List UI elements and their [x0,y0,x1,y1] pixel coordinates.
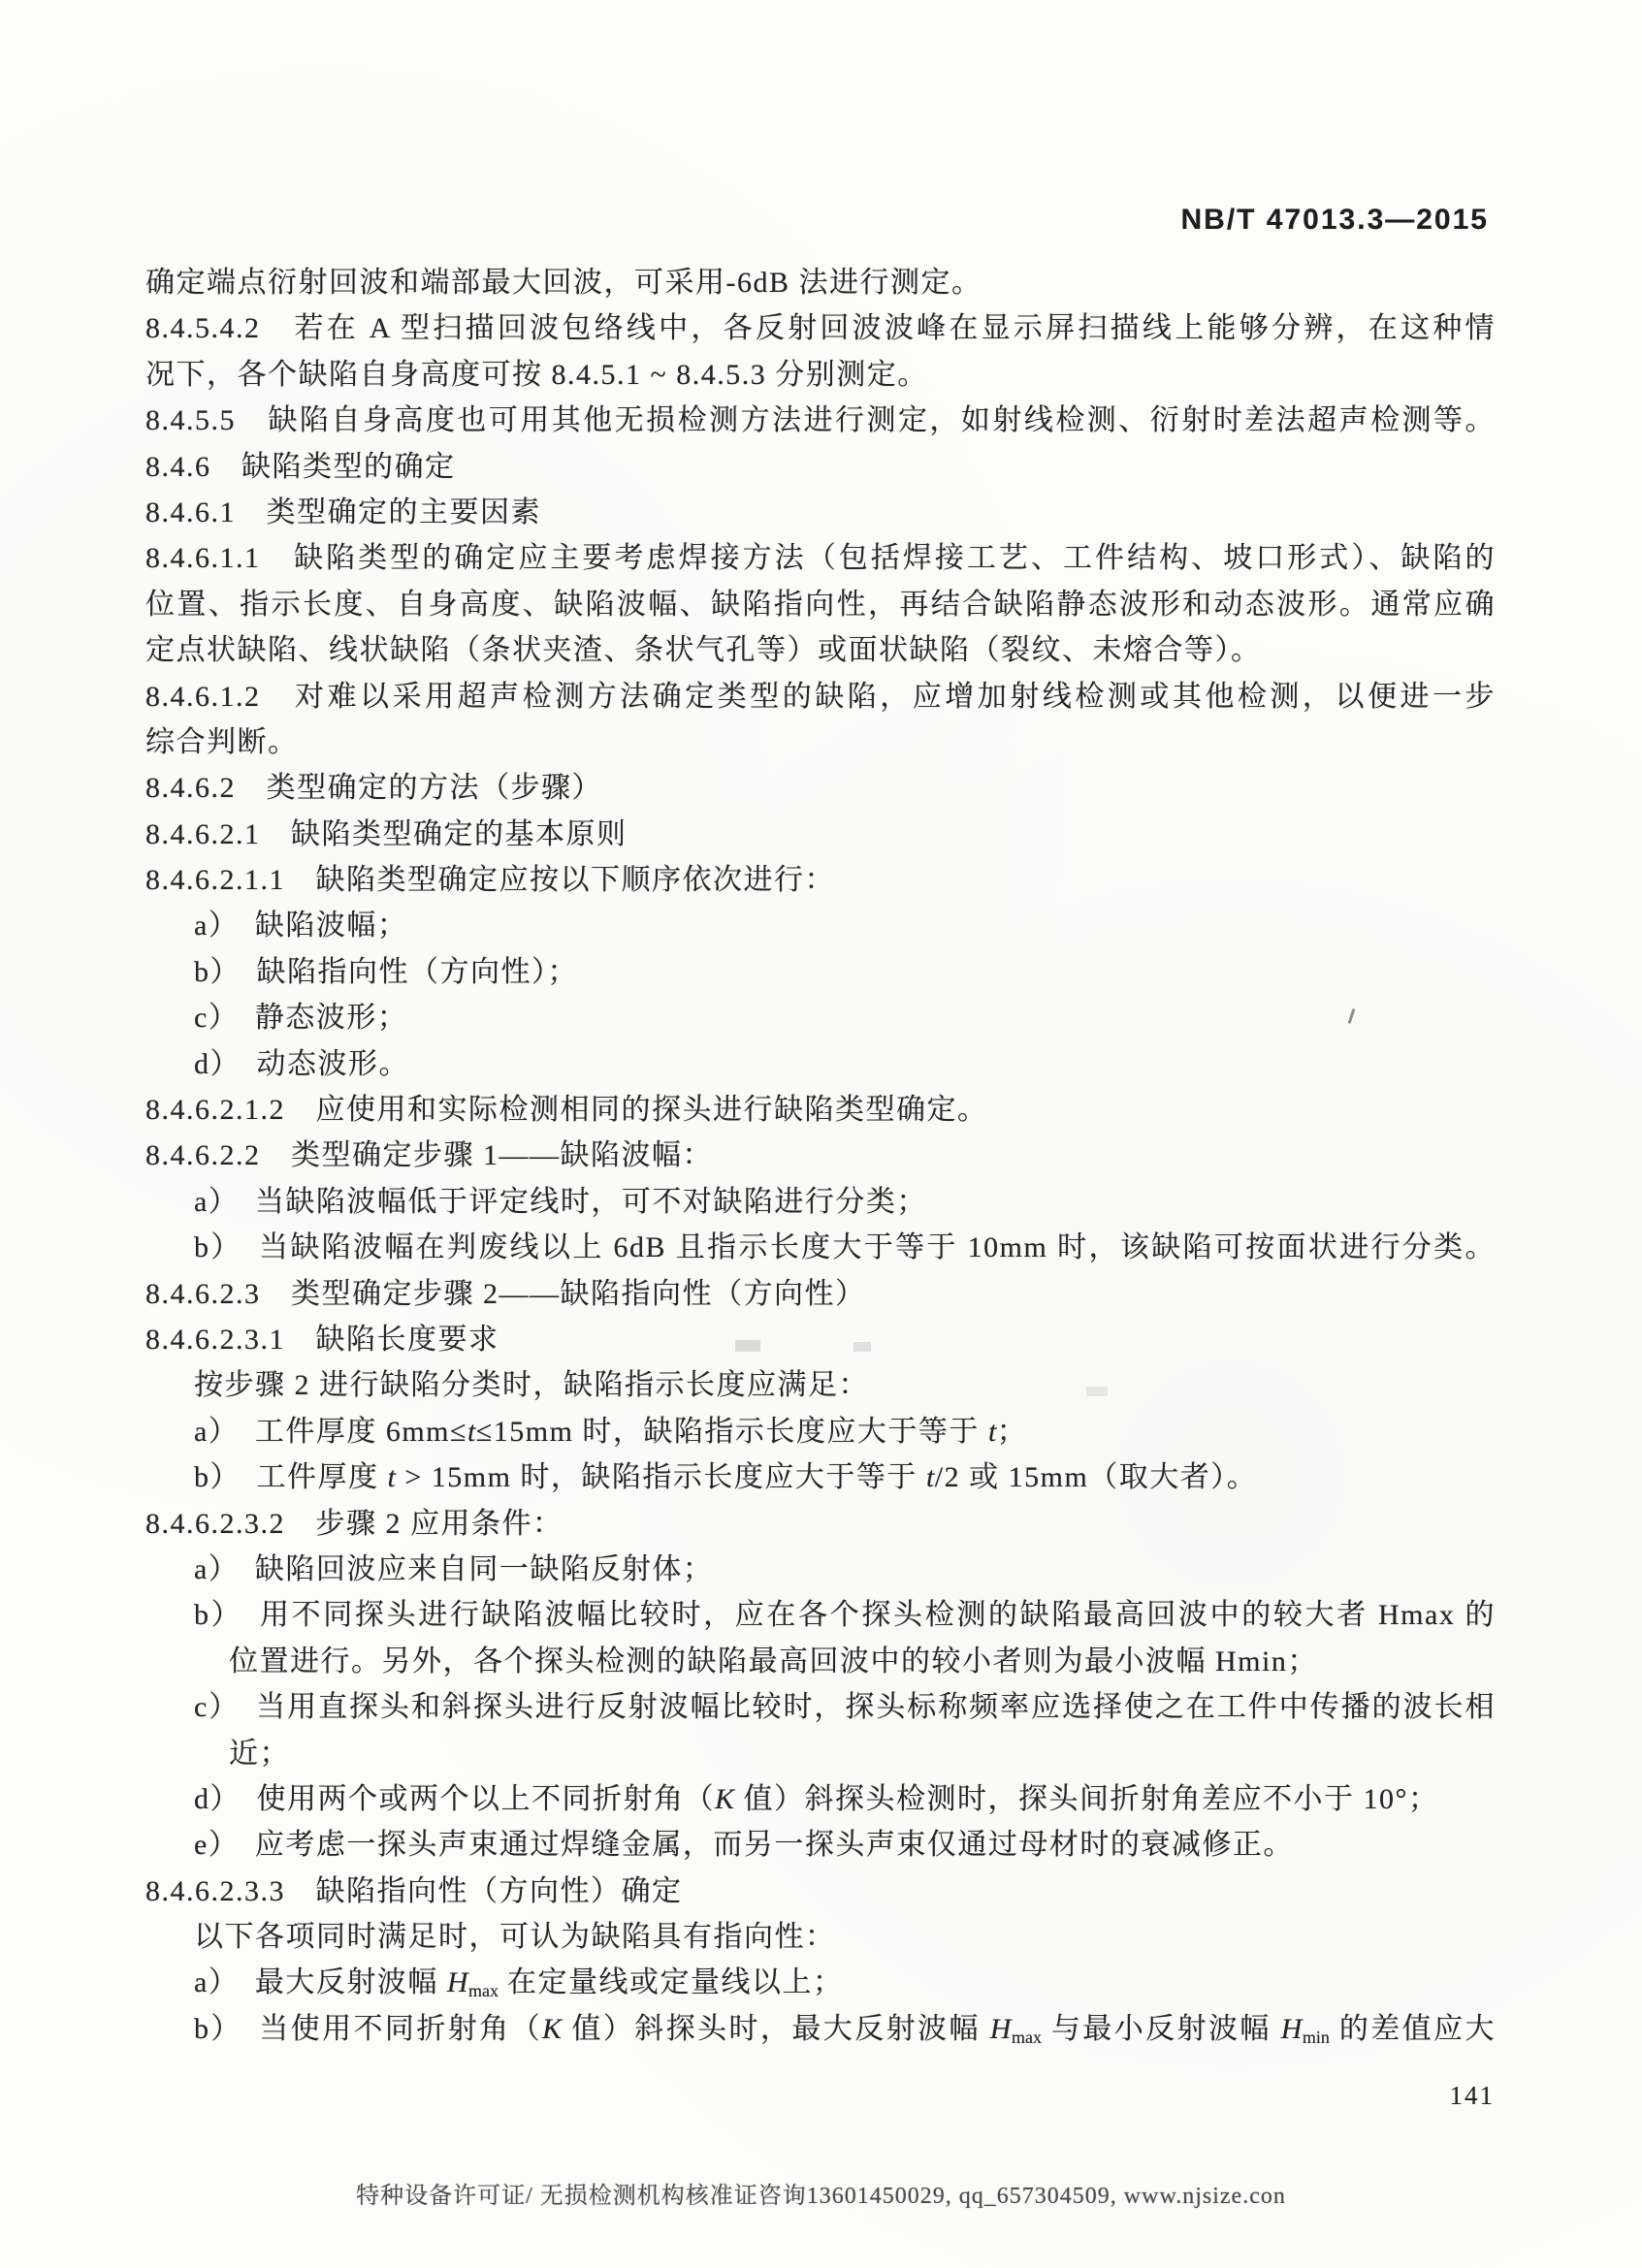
text-line: a） 缺陷回波应来自同一缺陷反射体； [145,1547,1496,1592]
document-body: 确定端点衍射回波和端部最大回波，可采用-6dB 法进行测定。8.4.5.4.2 … [145,260,1496,2052]
italic-symbol: H [447,1966,468,1998]
text-run: c） 静态波形； [194,1002,407,1034]
text-run: 在定量线或定量线以上； [499,1966,844,1998]
text-line: 位置、指示长度、自身高度、缺陷波幅、缺陷指向性，再结合缺陷静态波形和动态波形。通… [145,582,1496,627]
text-line: 按步骤 2 进行缺陷分类时，缺陷指示长度应满足： [145,1362,1496,1408]
text-run: b） 缺陷指向性（方向性）； [194,956,578,988]
text-run: 8.4.6.2.2 类型确定步骤 1——缺陷波幅： [145,1139,713,1171]
scanned-document-page: NB/T 47013.3—2015 确定端点衍射回波和端部最大回波，可采用-6d… [0,0,1642,2268]
text-line: 以下各项同时满足时，可认为缺陷具有指向性： [145,1914,1496,1960]
text-line: a） 工件厚度 6mm≤t≤15mm 时，缺陷指示长度应大于等于 t； [145,1409,1496,1454]
text-line: 8.4.6.2.3.1 缺陷长度要求 [145,1317,1496,1362]
watermark-footer-text: 特种设备许可证/ 无损检测机构核准证咨询13601450029, qq_6573… [0,2176,1642,2210]
text-line: b） 用不同探头进行缺陷波幅比较时，应在各个探头检测的缺陷最高回波中的较大者 H… [145,1592,1496,1638]
text-line: 8.4.6.2.1 缺陷类型确定的基本原则 [145,812,1496,857]
text-run: 8.4.6.2.1 缺陷类型确定的基本原则 [145,818,628,850]
text-line: b） 缺陷指向性（方向性）； [145,949,1496,995]
text-line: 确定端点衍射回波和端部最大回波，可采用-6dB 法进行测定。 [145,260,1496,305]
text-run: a） 当缺陷波幅低于评定线时，可不对缺陷进行分类； [194,1186,927,1218]
text-run: 8.4.6.2 类型确定的方法（步骤） [145,772,602,804]
text-line: 8.4.6.1 类型确定的主要因素 [145,490,1496,535]
text-line: 8.4.6 缺陷类型的确定 [145,444,1496,490]
italic-symbol: K [715,1783,735,1815]
text-line: b） 当缺陷波幅在判废线以上 6dB 且指示长度大于等于 10mm 时，该缺陷可… [145,1225,1496,1270]
text-run: 8.4.6 缺陷类型的确定 [145,451,456,483]
text-run: 确定端点衍射回波和端部最大回波，可采用-6dB 法进行测定。 [145,267,982,299]
subscript-text: min [1303,2028,1330,2047]
text-line: d） 使用两个或两个以上不同折射角（K 值）斜探头检测时，探头间折射角差应不小于… [145,1776,1496,1822]
text-run: 8.4.5.4.2 若在 A 型扫描回波包络线中，各反射回波波峰在显示屏扫描线上… [145,312,1496,344]
text-line: 位置进行。另外，各个探头检测的缺陷最高回波中的较小者则为最小波幅 Hmin； [145,1639,1496,1684]
text-run: 8.4.6.2.3.1 缺陷长度要求 [145,1324,499,1356]
text-line: b） 当使用不同折射角（K 值）斜探头时，最大反射波幅 Hmax 与最小反射波幅… [145,2006,1496,2052]
text-run: b） 当使用不同折射角（ [194,2013,542,2045]
text-run: 8.4.6.1 类型确定的主要因素 [145,496,541,528]
text-line: 8.4.6.2 类型确定的方法（步骤） [145,765,1496,811]
text-run: 8.4.6.2.3.3 缺陷指向性（方向性）确定 [145,1875,683,1907]
text-line: 近； [145,1731,1496,1776]
text-line: a） 最大反射波幅 Hmax 在定量线或定量线以上； [145,1960,1496,2005]
text-line: 8.4.6.2.3.3 缺陷指向性（方向性）确定 [145,1869,1496,1914]
text-run: b） 工件厚度 [194,1461,388,1493]
text-run: ≤15mm 时，缺陷指示长度应大于等于 [476,1416,988,1448]
text-run: d） 使用两个或两个以上不同折射角（ [194,1783,715,1815]
italic-symbol: t [988,1416,997,1448]
italic-symbol: H [990,2013,1012,2045]
text-run: 综合判断。 [145,726,299,758]
text-line: c） 静态波形； [145,995,1496,1040]
text-run: > 15mm 时，缺陷指示长度应大于等于 [396,1461,926,1493]
text-run: 8.4.5.5 缺陷自身高度也可用其他无损检测方法进行测定，如射线检测、衍射时差… [145,404,1496,436]
text-run: c） 当用直探头和斜探头进行反射波幅比较时，探头标称频率应选择使之在工件中传播的… [194,1691,1496,1723]
text-line: 8.4.6.1.1 缺陷类型的确定应主要考虑焊接方法（包括焊接工艺、工件结构、坡… [145,535,1496,581]
text-line: 8.4.5.4.2 若在 A 型扫描回波包络线中，各反射回波波峰在显示屏扫描线上… [145,305,1496,351]
text-run: 位置进行。另外，各个探头检测的缺陷最高回波中的较小者则为最小波幅 Hmin； [229,1645,1318,1677]
text-line: d） 动态波形。 [145,1041,1496,1087]
text-line: 8.4.6.2.1.1 缺陷类型确定应按以下顺序依次进行： [145,857,1496,903]
text-run: /2 或 15mm（取大者）。 [935,1461,1258,1493]
text-run: b） 用不同探头进行缺陷波幅比较时，应在各个探头检测的缺陷最高回波中的较大者 H… [194,1599,1496,1631]
text-run: 8.4.6.2.1.2 应使用和实际检测相同的探头进行缺陷类型确定。 [145,1094,988,1126]
page-number: 141 [1450,2081,1496,2111]
text-run: 按步骤 2 进行缺陷分类时，缺陷指示长度应满足： [194,1369,869,1401]
text-run: b） 当缺陷波幅在判废线以上 6dB 且指示长度大于等于 10mm 时，该缺陷可… [194,1231,1496,1263]
text-run: 定点状缺陷、线状缺陷（条状夹渣、条状气孔等）或面状缺陷（裂纹、未熔合等）。 [145,634,1262,666]
text-run: a） 缺陷回波应来自同一缺陷反射体； [194,1553,713,1585]
text-line: 况下，各个缺陷自身高度可按 8.4.5.1 ~ 8.4.5.3 分别测定。 [145,352,1496,398]
italic-symbol: t [926,1461,935,1493]
text-run: 值）斜探头检测时，探头间折射角差应不小于 10°； [735,1783,1439,1815]
text-run: ； [997,1416,1028,1448]
text-run: 与最小反射波幅 [1042,2013,1281,2045]
text-run: 8.4.6.2.1.1 缺陷类型确定应按以下顺序依次进行： [145,864,835,896]
text-line: 8.4.6.2.3.2 步骤 2 应用条件： [145,1501,1496,1547]
text-run: 近； [229,1738,290,1770]
text-run: 的差值应大 [1330,2013,1496,2045]
text-run: 况下，各个缺陷自身高度可按 8.4.5.1 ~ 8.4.5.3 分别测定。 [145,359,928,391]
text-run: 以下各项同时满足时，可认为缺陷具有指向性： [194,1921,836,1953]
text-run: 8.4.6.1.2 对难以采用超声检测方法确定类型的缺陷，应增加射线检测或其他检… [145,681,1496,713]
text-line: b） 工件厚度 t > 15mm 时，缺陷指示长度应大于等于 t/2 或 15m… [145,1454,1496,1500]
text-line: 8.4.6.2.1.2 应使用和实际检测相同的探头进行缺陷类型确定。 [145,1087,1496,1133]
italic-symbol: K [542,2013,563,2045]
text-line: a） 缺陷波幅； [145,903,1496,948]
text-line: 8.4.6.1.2 对难以采用超声检测方法确定类型的缺陷，应增加射线检测或其他检… [145,674,1496,719]
text-line: c） 当用直探头和斜探头进行反射波幅比较时，探头标称频率应选择使之在工件中传播的… [145,1684,1496,1730]
italic-symbol: H [1281,2013,1303,2045]
text-run: a） 缺陷波幅； [194,910,407,942]
text-run: e） 应考虑一探头声束通过焊缝金属，而另一探头声束仅通过母材时的衰减修正。 [194,1829,1294,1861]
text-run: a） 工件厚度 6mm≤ [194,1416,467,1448]
text-run: 位置、指示长度、自身高度、缺陷波幅、缺陷指向性，再结合缺陷静态波形和动态波形。通… [145,589,1496,621]
standard-number-header: NB/T 47013.3—2015 [1180,204,1489,237]
text-run: 8.4.6.2.3.2 步骤 2 应用条件： [145,1508,563,1540]
text-line: 定点状缺陷、线状缺陷（条状夹渣、条状气孔等）或面状缺陷（裂纹、未熔合等）。 [145,627,1496,673]
text-line: e） 应考虑一探头声束通过焊缝金属，而另一探头声束仅通过母材时的衰减修正。 [145,1822,1496,1868]
text-line: 8.4.6.2.3 类型确定步骤 2——缺陷指向性（方向性） [145,1271,1496,1317]
subscript-text: max [1012,2028,1042,2047]
text-run: 8.4.6.1.1 缺陷类型的确定应主要考虑焊接方法（包括焊接工艺、工件结构、坡… [145,542,1496,574]
text-run: a） 最大反射波幅 [194,1966,447,1998]
text-line: 8.4.5.5 缺陷自身高度也可用其他无损检测方法进行测定，如射线检测、衍射时差… [145,398,1496,443]
text-line: 8.4.6.2.2 类型确定步骤 1——缺陷波幅： [145,1133,1496,1178]
text-run: d） 动态波形。 [194,1048,409,1080]
subscript-text: max [468,1981,499,2000]
text-run: 8.4.6.2.3 类型确定步骤 2——缺陷指向性（方向性） [145,1278,866,1310]
text-line: 综合判断。 [145,719,1496,765]
text-line: a） 当缺陷波幅低于评定线时，可不对缺陷进行分类； [145,1179,1496,1225]
text-run: 值）斜探头时，最大反射波幅 [563,2013,990,2045]
italic-symbol: t [467,1416,476,1448]
